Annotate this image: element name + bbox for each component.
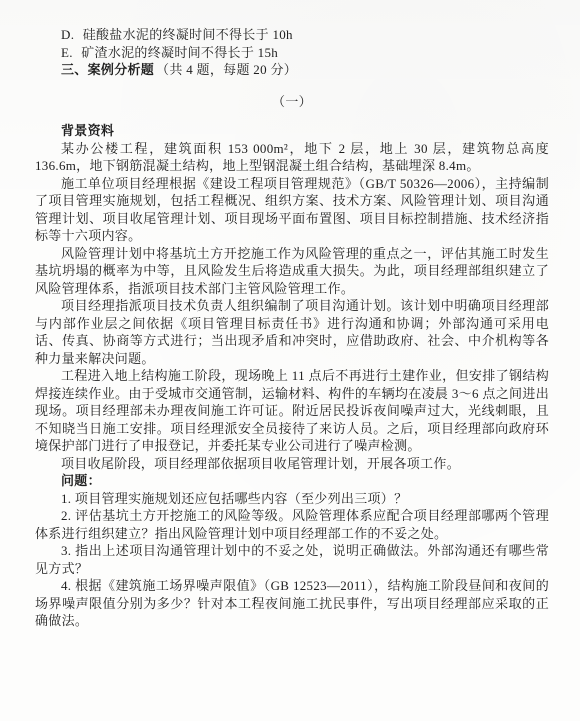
question-item: 1. 项目管理实施规划还应包括哪些内容（至少列出三项）？ bbox=[35, 490, 549, 508]
background-heading: 背景资料 bbox=[35, 122, 549, 140]
option-text: 硅酸盐水泥的终凝时间不得长于 10h bbox=[83, 27, 293, 42]
section-heading: 三、案例分析题（共 4 题，每题 20 分） bbox=[35, 61, 549, 79]
document-page: D.硅酸盐水泥的终凝时间不得长于 10h E.矿渣水泥的终凝时间不得长于 15h… bbox=[0, 0, 580, 721]
option-text: 矿渣水泥的终凝时间不得长于 15h bbox=[81, 45, 278, 60]
background-paragraph: 项目经理指派项目技术负责人组织编制了项目沟通计划。该计划中明确项目经理部与内部作… bbox=[35, 297, 549, 367]
option-label: D. bbox=[61, 27, 74, 42]
option-item-e: E.矿渣水泥的终凝时间不得长于 15h bbox=[35, 44, 549, 62]
case-number-heading: （一） bbox=[35, 93, 549, 111]
background-paragraph: 某办公楼工程，建筑面积 153 000m²，地下 2 层，地上 30 层，建筑物… bbox=[35, 140, 549, 175]
section-meta: （共 4 题，每题 20 分） bbox=[156, 62, 297, 77]
section-title: 三、案例分析题 bbox=[61, 62, 154, 77]
option-label: E. bbox=[61, 45, 73, 60]
question-item: 2. 评估基坑土方开挖施工的风险等级。风险管理体系应配合项目经理部哪两个管理体系… bbox=[35, 507, 549, 542]
background-paragraph: 风险管理计划中将基坑土方开挖施工作为风险管理的重点之一，评估其施工时发生基坑坍塌… bbox=[35, 245, 549, 298]
background-paragraph: 施工单位项目经理根据《建设工程项目管理规范》（GB/T 50326—2006），… bbox=[35, 175, 549, 245]
question-item: 4. 根据《建筑施工场界噪声限值》（GB 12523—2011），结构施工阶段昼… bbox=[35, 577, 549, 630]
question-item: 3. 指出上述项目沟通管理计划中的不妥之处，说明正确做法。外部沟通还有哪些常见方… bbox=[35, 542, 549, 577]
background-paragraph: 项目收尾阶段，项目经理部依据项目收尾管理计划，开展各项工作。 bbox=[35, 455, 549, 473]
questions-heading: 问题： bbox=[35, 472, 549, 490]
background-paragraph: 工程进入地上结构施工阶段，现场晚上 11 点后不再进行土建作业，但安排了钢结构焊… bbox=[35, 367, 549, 455]
option-item-d: D.硅酸盐水泥的终凝时间不得长于 10h bbox=[35, 26, 549, 44]
